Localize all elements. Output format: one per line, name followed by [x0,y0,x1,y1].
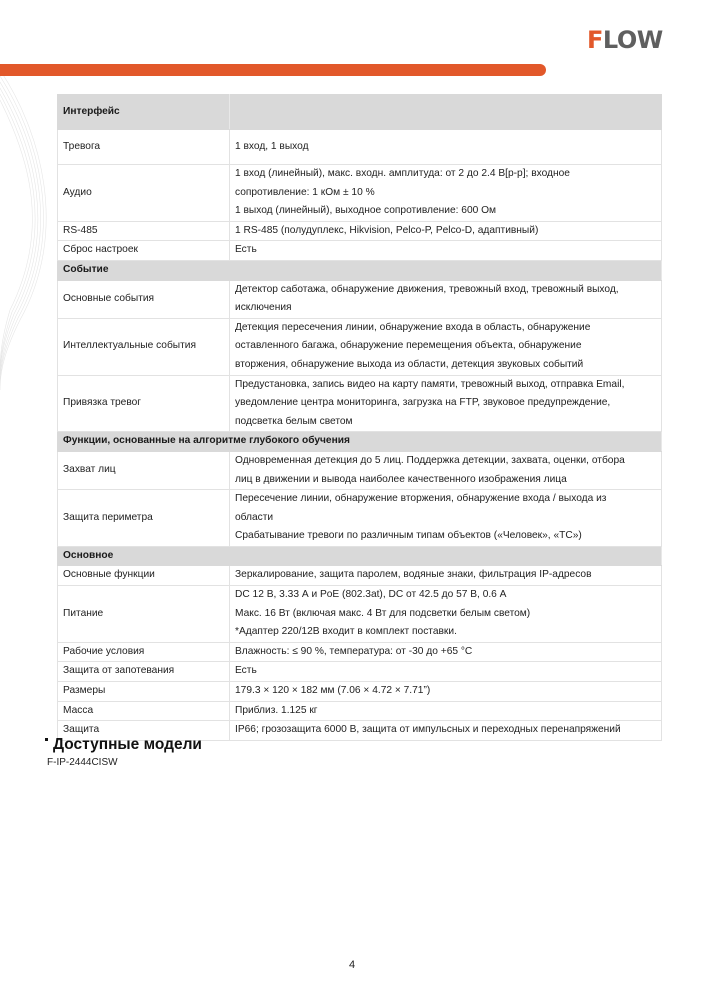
spec-value-line: Одновременная детекция до 5 лиц. Поддерж… [235,452,656,471]
section-header-row: Функции, основанные на алгоритме глубоко… [58,432,662,452]
section-header-row: Интерфейс [58,95,662,130]
section-title: Основное [58,546,662,566]
spec-value-line: области [235,509,656,528]
model-item: F-IP-2444CISW [47,757,118,768]
spec-value-line: 179.3 × 120 × 182 мм (7.06 × 4.72 × 7.71… [235,682,656,701]
spec-key: Интеллектуальные события [58,318,230,375]
spec-value-line: вторжения, обнаружение выхода из области… [235,356,656,375]
spec-row: Размеры179.3 × 120 × 182 мм (7.06 × 4.72… [58,682,662,702]
spec-row: Сброс настроекЕсть [58,241,662,261]
spec-value-line: Предустановка, запись видео на карту пам… [235,376,656,395]
spec-row: Основные функцииЗеркалирование, защита п… [58,566,662,586]
spec-value-line: Срабатывание тревоги по различным типам … [235,527,656,546]
spec-value-line: Детектор саботажа, обнаружение движения,… [235,281,656,300]
spec-key: Тревога [58,130,230,165]
spec-value-line: сопротивление: 1 кОм ± 10 % [235,184,656,203]
spec-value-line: уведомление центра мониторинга, загрузка… [235,394,656,413]
spec-value: Детектор саботажа, обнаружение движения,… [230,280,662,318]
spec-value: Влажность: ≤ 90 %, температура: от -30 д… [230,642,662,662]
section-header-row: Основное [58,546,662,566]
spec-value: 1 вход (линейный), макс. входн. амплитуд… [230,165,662,222]
spec-value-line: *Адаптер 220/12В входит в комплект поста… [235,623,656,642]
logo-f-mark: F [587,26,603,54]
spec-value: 1 RS-485 (полудуплекс, Hikvision, Pelco-… [230,221,662,241]
logo-wordmark: LOW [603,26,663,54]
spec-key: Привязка тревог [58,375,230,432]
spec-value-line: 1 вход, 1 выход [235,138,656,157]
spec-table: ИнтерфейсТревога1 вход, 1 выходАудио1 вх… [57,94,662,741]
spec-value-line: IP66; грозозащита 6000 В, защита от импу… [235,721,656,740]
section-title: Событие [58,260,662,280]
available-models-title: Доступные модели [53,736,202,753]
spec-key: Основные функции [58,566,230,586]
spec-row: RS-4851 RS-485 (полудуплекс, Hikvision, … [58,221,662,241]
spec-value-line: лиц в движении и вывода наиболее качеств… [235,471,656,490]
spec-value-line: 1 вход (линейный), макс. входн. амплитуд… [235,165,656,184]
spec-value: Есть [230,241,662,261]
header-accent-bar [0,64,546,76]
spec-value: DC 12 В, 3.33 А и PoE (802.3at), DC от 4… [230,586,662,643]
spec-row: Основные событияДетектор саботажа, обнар… [58,280,662,318]
spec-value-line: 1 RS-485 (полудуплекс, Hikvision, Pelco-… [235,222,656,241]
bullet-icon [45,738,48,741]
section-title: Функции, основанные на алгоритме глубоко… [58,432,662,452]
spec-row: Защита от запотеванияЕсть [58,662,662,682]
brand-logo: FLOW [587,28,663,52]
spec-value-line: Приблиз. 1.125 кг [235,702,656,721]
spec-key: Аудио [58,165,230,222]
spec-value-line: подсветка белым светом [235,413,656,432]
spec-key: Масса [58,701,230,721]
spec-value: Одновременная детекция до 5 лиц. Поддерж… [230,451,662,489]
spec-value-line: Зеркалирование, защита паролем, водяные … [235,566,656,585]
spec-key: Сброс настроек [58,241,230,261]
spec-value: Приблиз. 1.125 кг [230,701,662,721]
spec-value: 179.3 × 120 × 182 мм (7.06 × 4.72 × 7.71… [230,682,662,702]
section-title: Интерфейс [58,95,230,130]
section-header-row: Событие [58,260,662,280]
spec-value-line: Детекция пересечения линии, обнаружение … [235,319,656,338]
spec-value: Детекция пересечения линии, обнаружение … [230,318,662,375]
available-models-heading: Доступные модели [45,736,202,754]
spec-value-line: Макс. 16 Вт (включая макс. 4 Вт для подс… [235,605,656,624]
spec-key: Основные события [58,280,230,318]
spec-key: Защита периметра [58,490,230,547]
spec-value: 1 вход, 1 выход [230,130,662,165]
spec-row: Защита периметраПересечение линии, обнар… [58,490,662,547]
page-number: 4 [349,959,355,971]
spec-value-line: 1 выход (линейный), выходное сопротивлен… [235,202,656,221]
spec-row: Привязка тревогПредустановка, запись вид… [58,375,662,432]
spec-value-line: Есть [235,662,656,681]
spec-value-line: оставленного багажа, обнаружение перемещ… [235,337,656,356]
spec-value-line: DC 12 В, 3.33 А и PoE (802.3at), DC от 4… [235,586,656,605]
spec-value: IP66; грозозащита 6000 В, защита от импу… [230,721,662,741]
spec-key: RS-485 [58,221,230,241]
spec-row: МассаПриблиз. 1.125 кг [58,701,662,721]
spec-row: Захват лицОдновременная детекция до 5 ли… [58,451,662,489]
spec-value: Пересечение линии, обнаружение вторжения… [230,490,662,547]
spec-row: Рабочие условияВлажность: ≤ 90 %, темпер… [58,642,662,662]
spec-key: Рабочие условия [58,642,230,662]
section-empty-cell [230,95,662,130]
spec-key: Захват лиц [58,451,230,489]
spec-key: Питание [58,586,230,643]
spec-value-line: исключения [235,299,656,318]
spec-key: Размеры [58,682,230,702]
spec-value-line: Влажность: ≤ 90 %, температура: от -30 д… [235,643,656,662]
spec-value: Зеркалирование, защита паролем, водяные … [230,566,662,586]
spec-key: Защита от запотевания [58,662,230,682]
spec-value: Предустановка, запись видео на карту пам… [230,375,662,432]
spec-value-line: Есть [235,241,656,260]
spec-value-line: Пересечение линии, обнаружение вторжения… [235,490,656,509]
spec-row: Аудио1 вход (линейный), макс. входн. амп… [58,165,662,222]
spec-row: Интеллектуальные событияДетекция пересеч… [58,318,662,375]
spec-row: ПитаниеDC 12 В, 3.33 А и PoE (802.3at), … [58,586,662,643]
spec-row: Тревога1 вход, 1 выход [58,130,662,165]
spec-value: Есть [230,662,662,682]
